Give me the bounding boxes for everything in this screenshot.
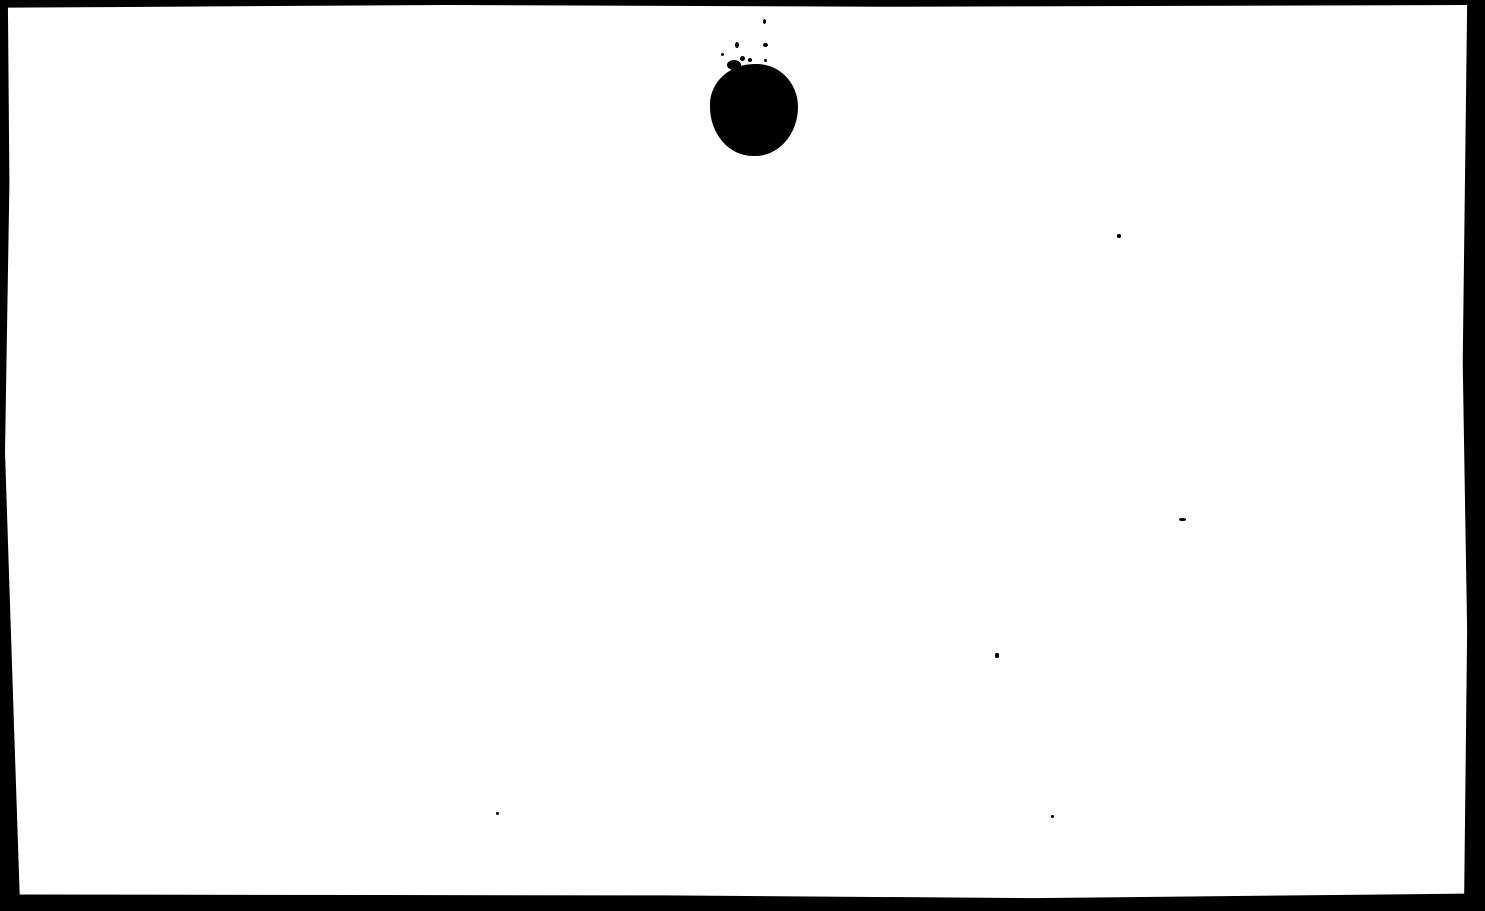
dark-border: Thresholded black-and-white photo of a w…	[0, 0, 1485, 911]
noise-speck	[995, 653, 999, 658]
ink-blot	[710, 64, 798, 156]
splatter-dot	[735, 42, 739, 48]
splatter-dot	[748, 58, 752, 62]
splatter-dot	[721, 53, 724, 56]
noise-speck	[648, 900, 668, 903]
splatter-dot	[763, 19, 766, 24]
noise-speck	[496, 812, 499, 815]
splatter-dot	[764, 59, 767, 62]
noise-speck	[1179, 518, 1186, 521]
splatter-dot	[727, 60, 741, 70]
splatter-dot	[740, 56, 745, 61]
noise-speck	[1117, 234, 1121, 238]
noise-speck	[1051, 815, 1054, 818]
splatter-dot	[763, 43, 768, 47]
